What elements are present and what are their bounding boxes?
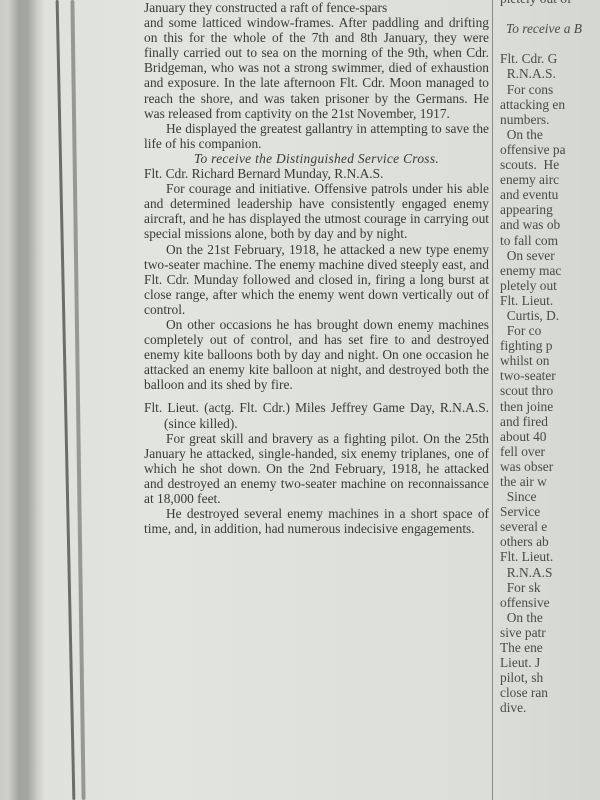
citation-paragraph: On other occasions he has brought down e… — [144, 317, 489, 392]
fragment-line: two-seater — [500, 368, 600, 383]
citation-paragraph: For great skill and bravery as a fightin… — [144, 431, 489, 506]
fragment-line: numbers. — [500, 112, 600, 127]
continuation-paragraph: and some latticed window-frames. After p… — [144, 15, 489, 121]
citation-name: Flt. Cdr. Richard Bernard Munday, R.N.A.… — [144, 166, 489, 181]
fragment-line: pletely out — [500, 278, 600, 293]
fragment-line: On the — [500, 127, 600, 142]
fragment-line: On the — [500, 610, 600, 625]
citation-name: Flt. Lieut. (actg. Flt. Cdr.) Miles Jeff… — [144, 400, 489, 430]
fragment-line: then joine — [500, 399, 600, 414]
fragment-line: On sever — [500, 248, 600, 263]
fragment-line: Flt. Lieut. — [500, 293, 600, 308]
fragment-line: fighting p — [500, 338, 600, 353]
fragment-line — [500, 6, 600, 21]
fragment-line: Service — [500, 504, 600, 519]
newspaper-page: January they constructed a raft of fence… — [0, 0, 600, 800]
fragment-line: close ran — [500, 685, 600, 700]
fragment-line: about 40 — [500, 429, 600, 444]
fragment-line: several e — [500, 519, 600, 534]
fragment-line: For co — [500, 323, 600, 338]
fragment-line: offensive pa — [500, 142, 600, 157]
right-column-fragment: pletely out ofTo receive a BFlt. Cdr. G … — [500, 0, 600, 716]
citation-paragraph: For courage and initiative. Offensive pa… — [144, 181, 489, 241]
main-column: January they constructed a raft of fence… — [144, 0, 489, 536]
fragment-line: attacking en — [500, 97, 600, 112]
fragment-line: The ene — [500, 640, 600, 655]
fragment-line: For cons — [500, 82, 600, 97]
continuation-cut-line: January they constructed a raft of fence… — [144, 0, 489, 15]
fragment-line: and was ob — [500, 217, 600, 232]
fragment-line: sive patr — [500, 625, 600, 640]
fragment-line: offensive — [500, 595, 600, 610]
citation-paragraph: On the 21st February, 1918, he attacked … — [144, 242, 489, 317]
citation-entry-munday: Flt. Cdr. Richard Bernard Munday, R.N.A.… — [144, 166, 489, 392]
fragment-line: R.N.A.S. — [500, 66, 600, 81]
citation-entry-day: Flt. Lieut. (actg. Flt. Cdr.) Miles Jeff… — [144, 400, 489, 536]
column-rule — [492, 0, 493, 800]
fragment-line: and fired — [500, 414, 600, 429]
fragment-line: enemy mac — [500, 263, 600, 278]
fragment-line: Flt. Cdr. G — [500, 51, 600, 66]
fragment-line: others ab — [500, 534, 600, 549]
fragment-line: Lieut. J — [500, 655, 600, 670]
fragment-line: scouts. He — [500, 157, 600, 172]
fragment-line: fell over — [500, 444, 600, 459]
fragment-line: the air w — [500, 474, 600, 489]
fragment-line: enemy airc — [500, 172, 600, 187]
fragment-line: For sk — [500, 580, 600, 595]
fragment-line: Flt. Lieut. — [500, 549, 600, 564]
fragment-line: dive. — [500, 700, 600, 715]
fragment-line: To receive a B — [500, 21, 600, 36]
fragment-line — [500, 36, 600, 51]
continuation-closing: He displayed the greatest gallantry in a… — [144, 121, 489, 151]
fragment-line: Since — [500, 489, 600, 504]
fragment-line: Curtis, D. — [500, 308, 600, 323]
fragment-line: pilot, sh — [500, 670, 600, 685]
fragment-line: scout thro — [500, 383, 600, 398]
fragment-line: whilst on — [500, 353, 600, 368]
binding-shadow — [8, 0, 36, 800]
fragment-line: R.N.A.S — [500, 565, 600, 580]
fragment-line: appearing — [500, 202, 600, 217]
fragment-line: to fall com — [500, 233, 600, 248]
citation-paragraph: He destroyed several enemy machines in a… — [144, 506, 489, 536]
fragment-line: and eventu — [500, 187, 600, 202]
section-heading: To receive the Distinguished Service Cro… — [144, 151, 489, 166]
fragment-line: was obser — [500, 459, 600, 474]
